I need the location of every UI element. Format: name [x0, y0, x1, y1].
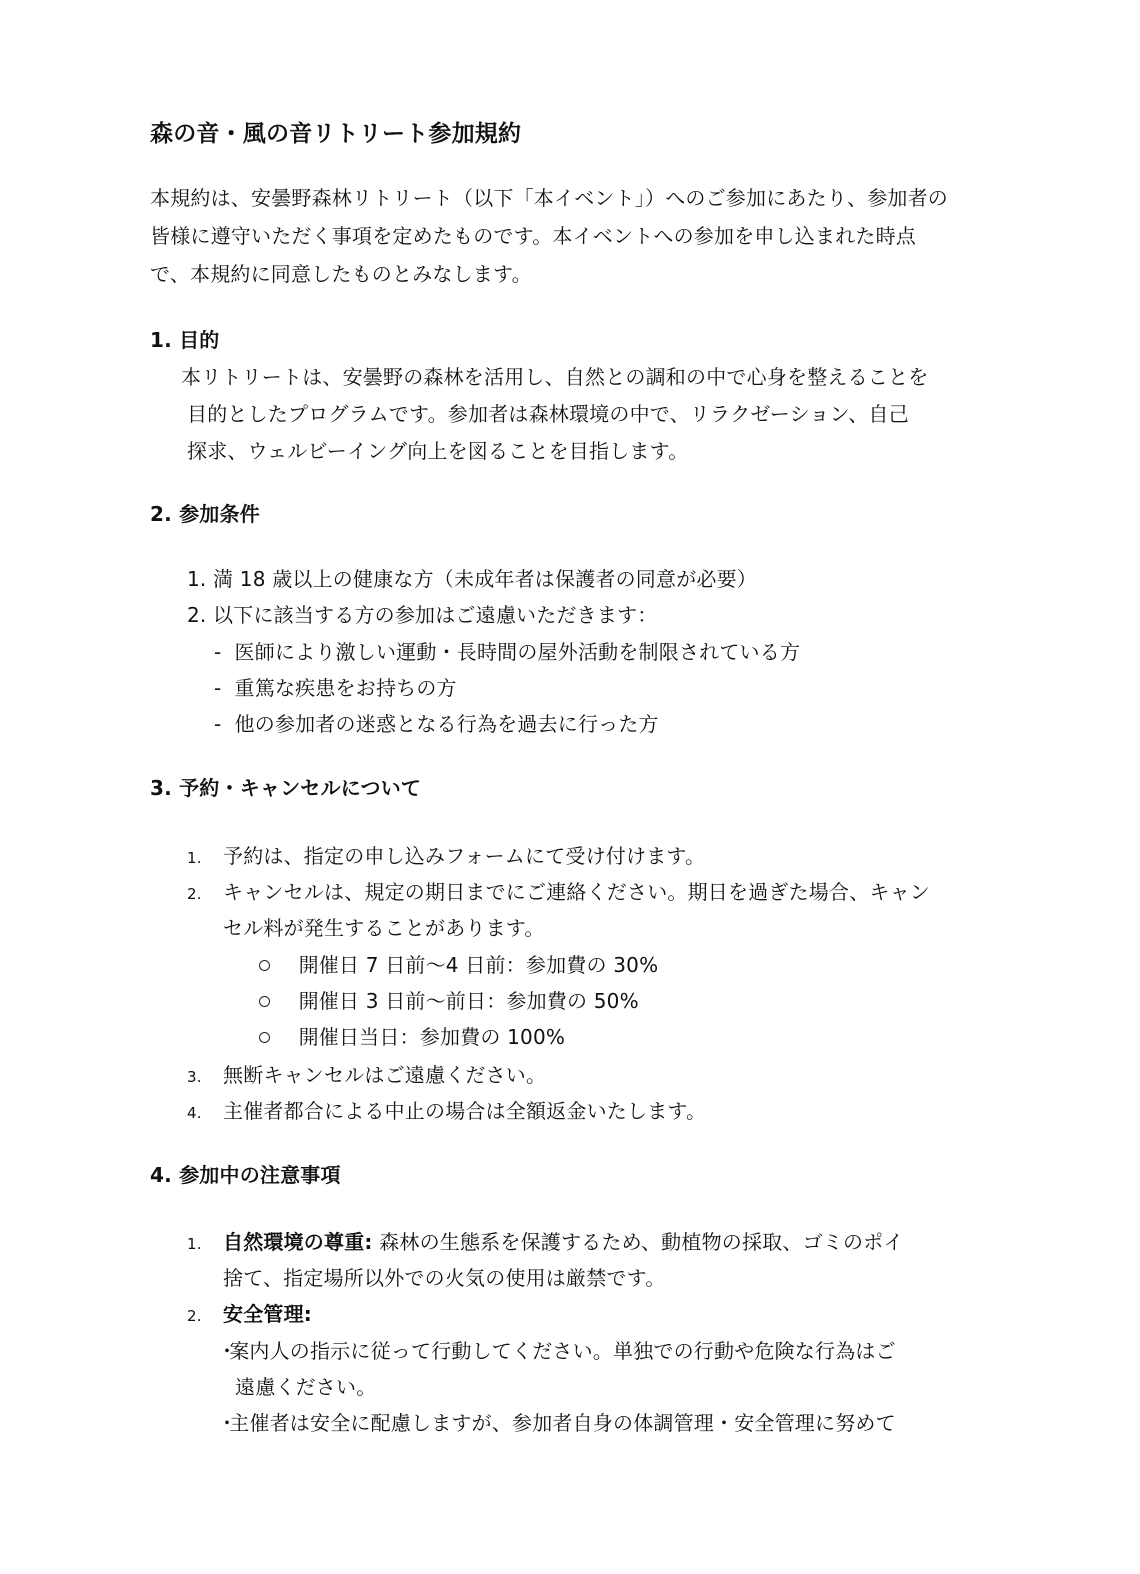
- list-number: 1.: [187, 565, 206, 593]
- circle-bullet-icon: [259, 960, 270, 971]
- dash-bullet: -: [214, 676, 221, 700]
- section-number: 4.: [150, 1161, 172, 1189]
- list-item: 2.キャンセルは、規定の期日までにご連絡ください。期日を過ぎた場合、キャン: [187, 878, 930, 908]
- section-heading: 1. 目的: [150, 326, 220, 354]
- list-item: 2.安全管理:: [187, 1300, 312, 1330]
- section-number: 2.: [150, 500, 172, 528]
- list-text: 森林の生態系を保護するため、動植物の採取、ゴミのポイ: [379, 1230, 903, 1254]
- list-number: 4.: [187, 1099, 223, 1127]
- sub-list-text: 他の参加者の迷惑となる行為を過去に行った方: [235, 712, 659, 736]
- sub-list-text: 医師により激しい運動・長時間の屋外活動を制限されている方: [235, 640, 801, 664]
- list-number: 1.: [187, 1230, 223, 1258]
- sub-list-item: 開催日 3 日前～前日：参加費の 50%: [259, 987, 639, 1015]
- list-text: 主催者都合による中止の場合は全額返金いたします。: [223, 1099, 706, 1123]
- bullet-item: ・主催者は安全に配慮しますが、参加者自身の体調管理・安全管理に努めて: [223, 1409, 896, 1437]
- sub-list-text: 開催日 7 日前～4 日前：参加費の 30%: [299, 953, 659, 977]
- bullet-text: 主催者は安全に配慮しますが、参加者自身の体調管理・安全管理に努めて: [229, 1411, 896, 1435]
- section-title: 参加条件: [179, 502, 260, 526]
- list-item: 1.自然環境の尊重: 森林の生態系を保護するため、動植物の採取、ゴミのポイ: [187, 1228, 904, 1258]
- bullet-text-continuation: 遠慮ください。: [235, 1373, 376, 1401]
- sub-list-item: 開催日 7 日前～4 日前：参加費の 30%: [259, 951, 658, 979]
- section-body-line: 目的としたプログラムです。参加者は森林環境の中で、リラクゼーション、自己: [187, 400, 909, 428]
- sub-list-item: - 重篤な疾患をお持ちの方: [214, 674, 457, 702]
- list-number: 2.: [187, 601, 206, 629]
- section-heading: 3. 予約・キャンセルについて: [150, 774, 421, 802]
- list-number: 2.: [187, 1302, 223, 1330]
- list-item: 2. 以下に該当する方の参加はご遠慮いただきます：: [187, 601, 657, 629]
- document-page: 森の音・風の音リトリート参加規約 本規約は、安曇野森林リトリート（以下「本イベン…: [0, 0, 1140, 1574]
- bullet-item: ・案内人の指示に従って行動してください。単独での行動や危険な行為はご: [223, 1337, 896, 1365]
- intro-line: 本規約は、安曇野森林リトリート（以下「本イベント」）へのご参加にあたり、参加者の: [150, 184, 948, 212]
- section-body-line: 探求、ウェルビーイング向上を図ることを目指します。: [187, 437, 688, 465]
- section-title: 予約・キャンセルについて: [179, 776, 421, 800]
- list-text: 予約は、指定の申し込みフォームにて受け付けます。: [223, 844, 705, 868]
- list-number: 2.: [187, 880, 223, 908]
- intro-line: で、本規約に同意したものとみなします。: [150, 260, 532, 288]
- section-title: 参加中の注意事項: [179, 1163, 341, 1187]
- section-heading: 4. 参加中の注意事項: [150, 1161, 341, 1189]
- list-label: 安全管理:: [223, 1302, 312, 1326]
- circle-bullet-icon: [259, 1032, 270, 1043]
- list-item: 1.予約は、指定の申し込みフォームにて受け付けます。: [187, 842, 705, 872]
- sub-list-text: 重篤な疾患をお持ちの方: [235, 676, 457, 700]
- list-text: 以下に該当する方の参加はご遠慮いただきます：: [213, 603, 657, 627]
- section-heading: 2. 参加条件: [150, 500, 260, 528]
- list-text: 無断キャンセルはご遠慮ください。: [223, 1063, 546, 1087]
- list-text-continuation: セル料が発生することがあります。: [223, 914, 545, 942]
- circle-bullet-icon: [259, 996, 270, 1007]
- list-number: 3.: [187, 1063, 223, 1091]
- sub-list-text: 開催日当日：参加費の 100%: [299, 1025, 566, 1049]
- intro-line: 皆様に遵守いただく事項を定めたものです。本イベントへの参加を申し込まれた時点: [150, 222, 916, 250]
- list-text: キャンセルは、規定の期日までにご連絡ください。期日を過ぎた場合、キャン: [223, 880, 930, 904]
- section-body-line: 本リトリートは、安曇野の森林を活用し、自然との調和の中で心身を整えることを: [181, 363, 928, 391]
- list-text: 満 18 歳以上の健康な方（未成年者は保護者の同意が必要）: [213, 567, 757, 591]
- dash-bullet: -: [214, 640, 221, 664]
- sub-list-item: 開催日当日：参加費の 100%: [259, 1023, 565, 1051]
- list-item: 4.主催者都合による中止の場合は全額返金いたします。: [187, 1097, 706, 1127]
- sub-list-item: - 医師により激しい運動・長時間の屋外活動を制限されている方: [214, 638, 800, 666]
- list-item: 1. 満 18 歳以上の健康な方（未成年者は保護者の同意が必要）: [187, 565, 757, 593]
- section-number: 3.: [150, 774, 172, 802]
- section-number: 1.: [150, 326, 172, 354]
- dash-bullet: -: [214, 712, 221, 736]
- section-title: 目的: [179, 328, 219, 352]
- bullet-text: 案内人の指示に従って行動してください。単独での行動や危険な行為はご: [229, 1339, 896, 1363]
- sub-list-item: - 他の参加者の迷惑となる行為を過去に行った方: [214, 710, 659, 738]
- list-item: 3.無断キャンセルはご遠慮ください。: [187, 1061, 546, 1091]
- document-title: 森の音・風の音リトリート参加規約: [150, 118, 521, 150]
- sub-list-text: 開催日 3 日前～前日：参加費の 50%: [299, 989, 639, 1013]
- list-number: 1.: [187, 844, 223, 872]
- list-text-continuation: 捨て、指定場所以外での火気の使用は厳禁です。: [223, 1264, 665, 1292]
- list-label: 自然環境の尊重:: [223, 1230, 373, 1254]
